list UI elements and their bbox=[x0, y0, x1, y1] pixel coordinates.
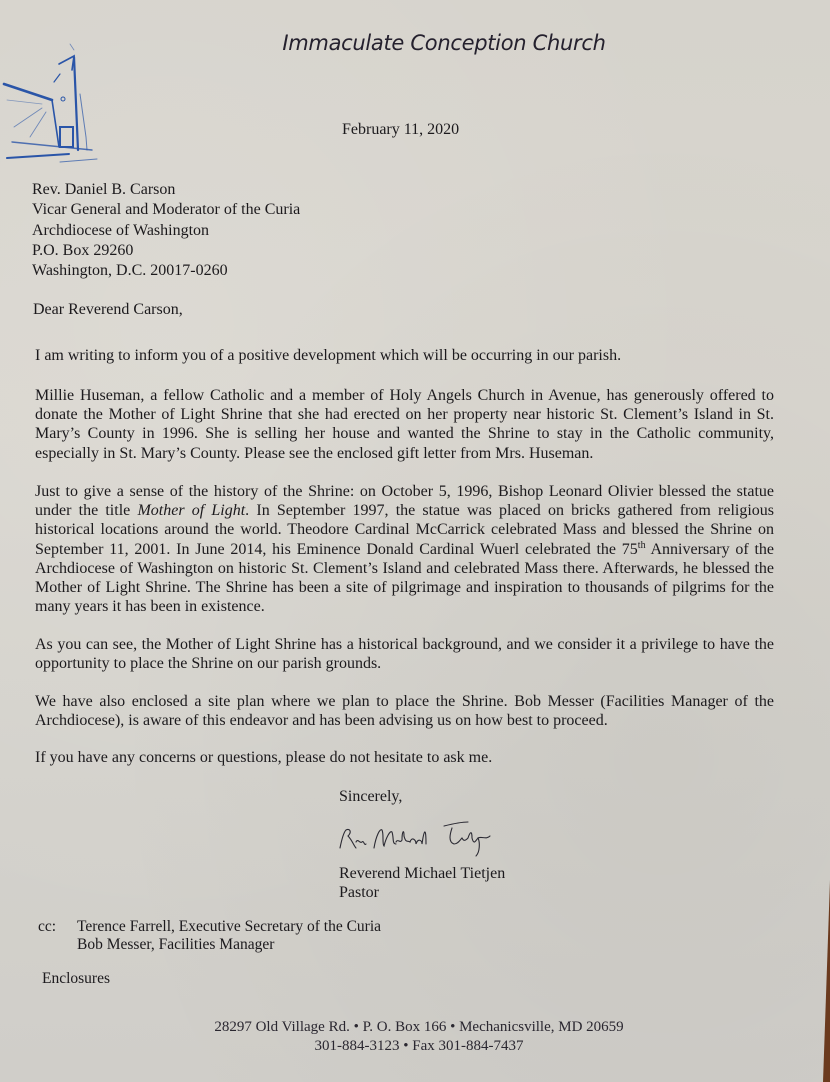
footer-phone: 301-884-3123 • Fax 301-884-7437 bbox=[8, 1037, 830, 1056]
closing: Sincerely, bbox=[339, 788, 402, 806]
church-sketch-icon bbox=[2, 42, 102, 167]
body-paragraph-2: Millie Huseman, a fellow Catholic and a … bbox=[35, 386, 774, 463]
shrine-title-italic: Mother of Light bbox=[137, 502, 245, 519]
body-paragraph-4: As you can see, the Mother of Light Shri… bbox=[35, 635, 774, 673]
ordinal-superscript: th bbox=[638, 540, 646, 551]
recipient-name: Rev. Daniel B. Carson bbox=[32, 180, 300, 200]
recipient-address: Rev. Daniel B. Carson Vicar General and … bbox=[32, 180, 300, 281]
signer-block: Reverend Michael Tietjen Pastor bbox=[339, 864, 505, 902]
signer-title: Pastor bbox=[339, 883, 505, 902]
letter-date: February 11, 2020 bbox=[342, 121, 459, 139]
body-paragraph-3: Just to give a sense of the history of t… bbox=[35, 482, 774, 616]
letterhead-footer: 28297 Old Village Rd. • P. O. Box 166 • … bbox=[0, 1018, 830, 1056]
recipient-city: Washington, D.C. 20017-0260 bbox=[32, 261, 300, 281]
recipient-title: Vicar General and Moderator of the Curia bbox=[32, 200, 300, 220]
letterhead-title: Immaculate Conception Church bbox=[0, 31, 830, 55]
body-paragraph-6: If you have any concerns or questions, p… bbox=[35, 748, 774, 767]
letter-page: Immaculate Conception Church February 11… bbox=[0, 0, 830, 1082]
recipient-po-box: P.O. Box 29260 bbox=[32, 241, 300, 261]
enclosures-note: Enclosures bbox=[42, 970, 110, 988]
salutation: Dear Reverend Carson, bbox=[33, 301, 183, 319]
cc-recipients: Terence Farrell, Executive Secretary of … bbox=[77, 918, 381, 954]
handwritten-signature bbox=[336, 818, 516, 858]
signer-name: Reverend Michael Tietjen bbox=[339, 864, 505, 883]
body-paragraph-1: I am writing to inform you of a positive… bbox=[35, 346, 774, 365]
cc-recipient: Terence Farrell, Executive Secretary of … bbox=[77, 918, 381, 936]
cc-label: cc: bbox=[38, 918, 56, 936]
cc-recipient: Bob Messer, Facilities Manager bbox=[77, 936, 381, 954]
recipient-organization: Archdiocese of Washington bbox=[32, 221, 300, 241]
footer-address: 28297 Old Village Rd. • P. O. Box 166 • … bbox=[8, 1018, 830, 1037]
body-paragraph-5: We have also enclosed a site plan where … bbox=[35, 692, 774, 730]
